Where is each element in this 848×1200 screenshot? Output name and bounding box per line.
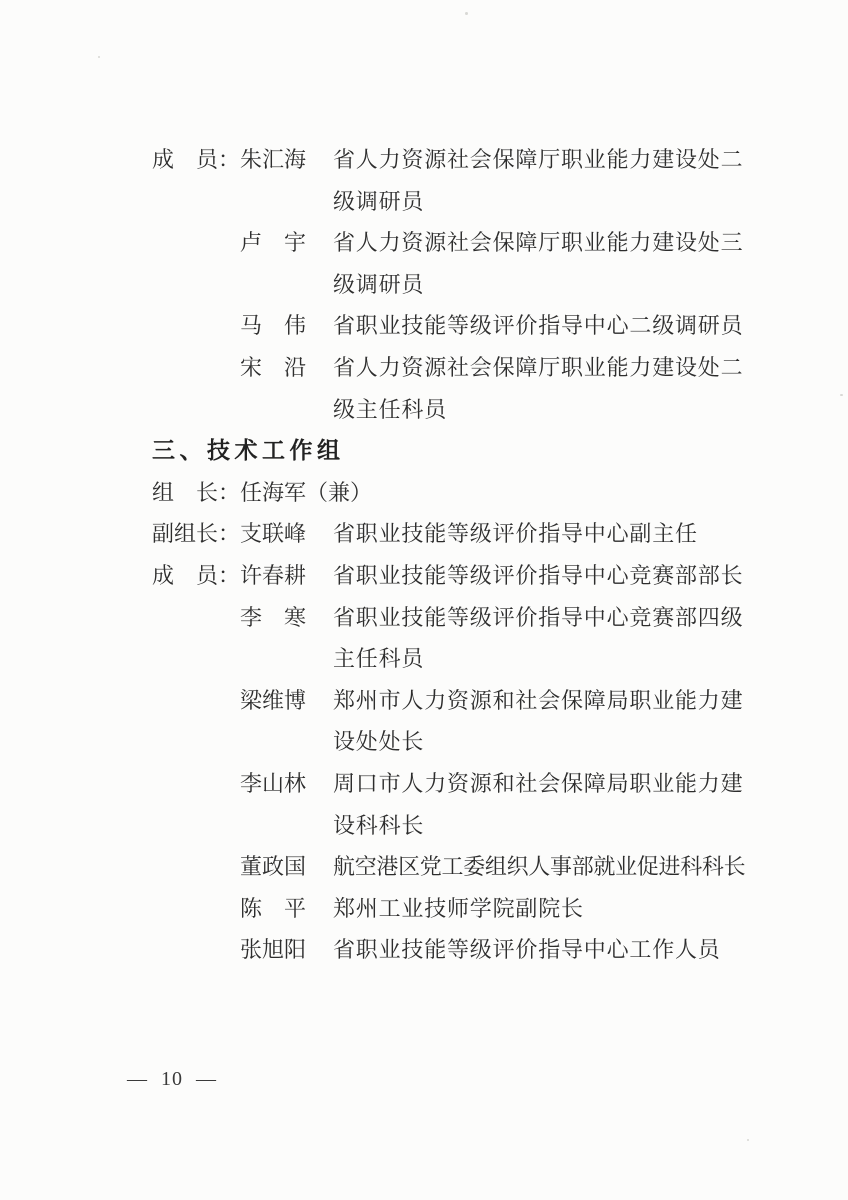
personnel-entry: 梁维博郑州市人力资源和社会保障局职业能力建设处处长 [152,680,768,763]
person-name: 朱汇海 [240,139,333,181]
scan-speck [465,12,468,15]
person-title-line: 周口市人力资源和社会保障局职业能力建 [333,763,768,805]
person-name: 陈 平 [240,888,333,930]
role-label: 组 长： [152,472,240,514]
person-name: 李 寒 [240,597,333,639]
person-title: 航空港区党工委组织人事部就业促进科科长 [333,846,768,888]
person-name: 董政国 [240,846,333,888]
person-title: 郑州市人力资源和社会保障局职业能力建设处处长 [333,680,768,763]
person-name: 李山林 [240,763,333,805]
person-title-line: 省职业技能等级评价指导中心竞赛部部长 [333,555,768,597]
person-title: 省职业技能等级评价指导中心竞赛部部长 [333,555,768,597]
person-name: 张旭阳 [240,929,333,971]
person-name: 宋 沿 [240,347,333,389]
person-title: 省人力资源社会保障厅职业能力建设处三级调研员 [333,222,768,305]
page-footer: — 10 — [127,1068,217,1091]
scan-speck [747,1139,749,1141]
person-name: 许春耕 [240,555,333,597]
personnel-entry: 成 员：许春耕省职业技能等级评价指导中心竞赛部部长 [152,555,768,597]
personnel-entry: 李 寒省职业技能等级评价指导中心竞赛部四级主任科员 [152,597,768,680]
person-title-line: 航空港区党工委组织人事部就业促进科科长 [333,846,768,888]
person-title-line: 郑州市人力资源和社会保障局职业能力建 [333,680,768,722]
person-title-line: 级主任科员 [333,389,768,431]
person-title: 周口市人力资源和社会保障局职业能力建设科科长 [333,763,768,846]
person-name: 马 伟 [240,305,333,347]
person-title: 省职业技能等级评价指导中心二级调研员 [333,305,768,347]
person-title-line: 省职业技能等级评价指导中心副主任 [333,513,768,555]
personnel-entry: 成 员：朱汇海省人力资源社会保障厅职业能力建设处二级调研员 [152,139,768,222]
person-title-line: 郑州工业技师学院副院长 [333,888,768,930]
person-title-line: 级调研员 [333,264,768,306]
person-title: 省人力资源社会保障厅职业能力建设处二级主任科员 [333,347,768,430]
person-title-line: 省职业技能等级评价指导中心二级调研员 [333,305,768,347]
scan-speck [98,56,100,58]
person-title: 省职业技能等级评价指导中心工作人员 [333,929,768,971]
person-name: 任海军（兼） [240,472,333,514]
person-title-line: 省人力资源社会保障厅职业能力建设处二 [333,139,768,181]
person-title: 省人力资源社会保障厅职业能力建设处二级调研员 [333,139,768,222]
role-label: 成 员： [152,555,240,597]
person-title-line: 省人力资源社会保障厅职业能力建设处二 [333,347,768,389]
person-title: 省职业技能等级评价指导中心副主任 [333,513,768,555]
person-title-line: 级调研员 [333,181,768,223]
person-title-line: 设科科长 [333,805,768,847]
person-title-line: 主任科员 [333,638,768,680]
personnel-entry: 陈 平郑州工业技师学院副院长 [152,888,768,930]
scan-speck [840,394,843,396]
person-title: 省职业技能等级评价指导中心竞赛部四级主任科员 [333,597,768,680]
person-name: 梁维博 [240,680,333,722]
person-title: 郑州工业技师学院副院长 [333,888,768,930]
personnel-entry: 副组长：支联峰省职业技能等级评价指导中心副主任 [152,513,768,555]
role-label: 副组长： [152,513,240,555]
personnel-entry: 董政国航空港区党工委组织人事部就业促进科科长 [152,846,768,888]
person-title-line: 设处处长 [333,721,768,763]
document-page: 成 员：朱汇海省人力资源社会保障厅职业能力建设处二级调研员卢 宇省人力资源社会保… [0,0,848,1200]
person-name: 卢 宇 [240,222,333,264]
person-title-line: 省职业技能等级评价指导中心竞赛部四级 [333,597,768,639]
person-title-line: 省职业技能等级评价指导中心工作人员 [333,929,768,971]
section-heading: 三、技术工作组 [152,430,768,472]
person-name: 支联峰 [240,513,333,555]
person-title-line: 省人力资源社会保障厅职业能力建设处三 [333,222,768,264]
personnel-entry: 李山林周口市人力资源和社会保障局职业能力建设科科长 [152,763,768,846]
personnel-entry: 宋 沿省人力资源社会保障厅职业能力建设处二级主任科员 [152,347,768,430]
document-body: 成 员：朱汇海省人力资源社会保障厅职业能力建设处二级调研员卢 宇省人力资源社会保… [152,139,768,971]
personnel-entry: 组 长：任海军（兼） [152,472,768,514]
role-label: 成 员： [152,139,240,181]
personnel-entry: 张旭阳省职业技能等级评价指导中心工作人员 [152,929,768,971]
page-number: — 10 — [127,1068,217,1090]
personnel-entry: 卢 宇省人力资源社会保障厅职业能力建设处三级调研员 [152,222,768,305]
personnel-entry: 马 伟省职业技能等级评价指导中心二级调研员 [152,305,768,347]
